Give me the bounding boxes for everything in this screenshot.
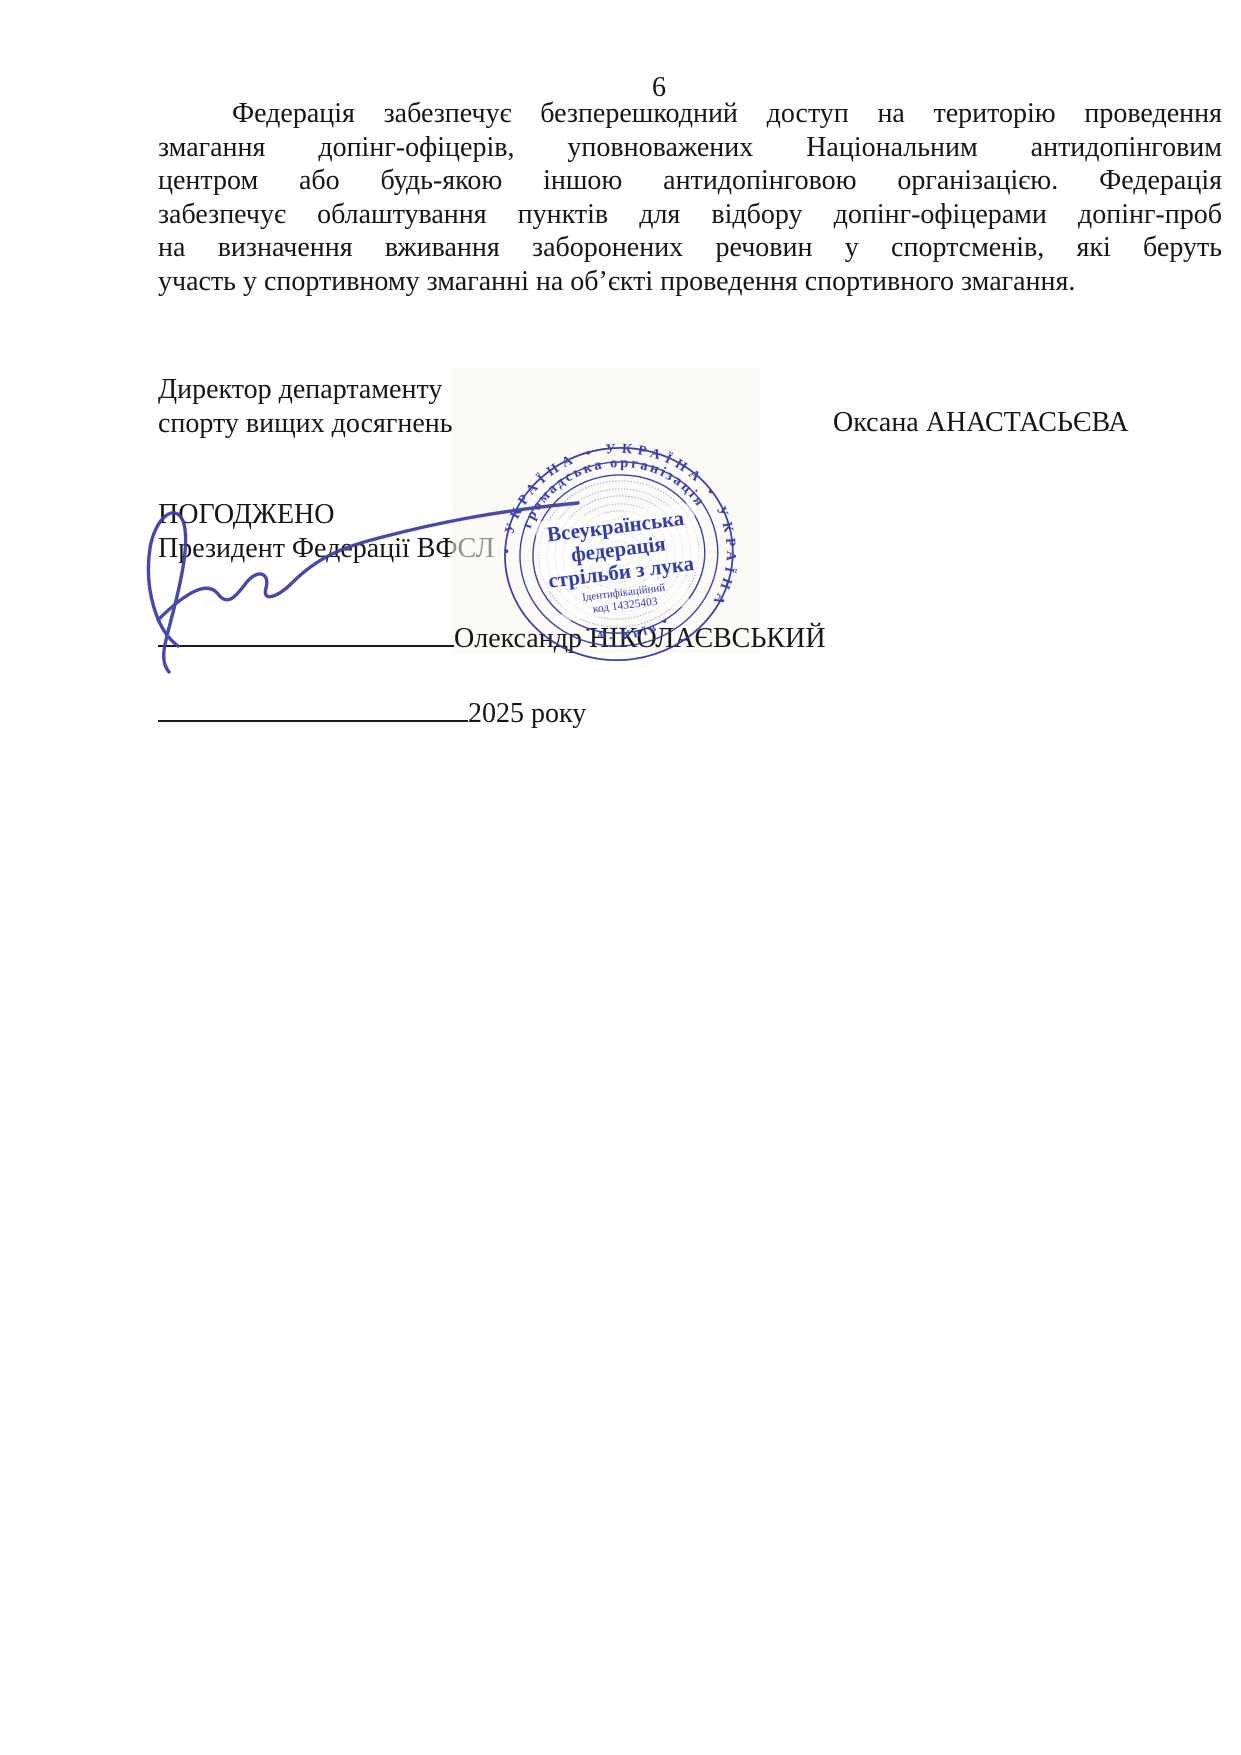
date-line: 2025 року: [158, 700, 586, 728]
signatory-title-block: Директор департаменту спорту вищих досяг…: [158, 373, 453, 440]
signature-loop-stroke: [148, 513, 185, 672]
body-paragraph: Федерація забезпечує безперешкодний дост…: [158, 97, 1222, 298]
document-page: 6 Федерація забезпечує безперешкодний до…: [0, 0, 1241, 1755]
date-text: 2025 року: [468, 698, 586, 729]
paragraph-line: забезпечує облаштування пунктів для відб…: [158, 198, 1222, 232]
signature-flourish-stroke: [158, 503, 578, 620]
date-underline: [158, 719, 468, 722]
paragraph-line: змагання допінг-офіцерів, уповноважених …: [158, 131, 1222, 165]
paragraph-line: на визначення вживання заборонених речов…: [158, 231, 1222, 265]
signatory-title-line1: Директор департаменту: [158, 373, 453, 407]
paragraph-line: Федерація забезпечує безперешкодний дост…: [158, 97, 1222, 131]
handwritten-signature: [130, 478, 600, 683]
signatory-name: Оксана АНАСТАСЬЄВА: [833, 406, 1129, 440]
signatory-title-line2: спорту вищих досягнень: [158, 407, 453, 441]
paragraph-line: центром або будь-якою іншою антидопінгов…: [158, 164, 1222, 198]
paragraph-line: участь у спортивному змаганні на об’єкті…: [158, 265, 1222, 299]
